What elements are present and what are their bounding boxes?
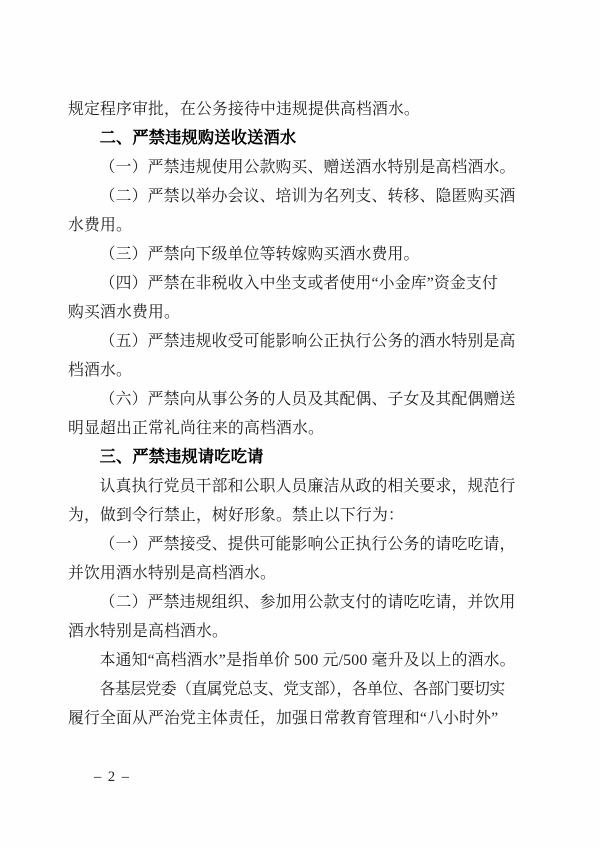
paragraph-line: （四）严禁在非税收入中坐支或者使用“小金库”资金支付 — [68, 269, 528, 298]
paragraph-line: 为，做到令行禁止，树好形象。禁止以下行为： — [68, 501, 528, 530]
paragraph-line: 规定程序审批，在公务接待中违规提供高档酒水。 — [68, 95, 528, 124]
paragraph-line: （一）严禁接受、提供可能影响公正执行公务的请吃吃请， — [68, 530, 528, 559]
paragraph-line: （五）严禁违规收受可能影响公正执行公务的酒水特别是高 — [68, 327, 528, 356]
paragraph-line: 水费用。 — [68, 211, 528, 240]
paragraph-line: 本通知“高档酒水”是指单价 500 元/500 毫升及以上的酒水。 — [68, 646, 528, 675]
paragraph-line: 并饮用酒水特别是高档酒水。 — [68, 559, 528, 588]
paragraph-line: 档酒水。 — [68, 356, 528, 385]
section-heading-2: 二、严禁违规购送收送酒水 — [68, 124, 528, 153]
paragraph-line: 各基层党委（直属党总支、党支部），各单位、各部门要切实 — [68, 675, 528, 704]
paragraph-line: （三）严禁向下级单位等转嫁购买酒水费用。 — [68, 240, 528, 269]
paragraph-line: 明显超出正常礼尚往来的高档酒水。 — [68, 414, 528, 443]
document-body: 规定程序审批，在公务接待中违规提供高档酒水。 二、严禁违规购送收送酒水 （一）严… — [68, 95, 528, 733]
paragraph-line: （一）严禁违规使用公款购买、赠送酒水特别是高档酒水。 — [68, 153, 528, 182]
paragraph-line: 认真执行党员干部和公职人员廉洁从政的相关要求，规范行 — [68, 472, 528, 501]
paragraph-line: 购买酒水费用。 — [68, 298, 528, 327]
paragraph-line: 酒水特别是高档酒水。 — [68, 617, 528, 646]
document-page: 规定程序审批，在公务接待中违规提供高档酒水。 二、严禁违规购送收送酒水 （一）严… — [0, 0, 600, 848]
paragraph-line: 履行全面从严治党主体责任，加强日常教育管理和“八小时外” — [68, 704, 528, 733]
paragraph-line: （六）严禁向从事公务的人员及其配偶、子女及其配偶赠送 — [68, 385, 528, 414]
section-heading-3: 三、严禁违规请吃吃请 — [68, 443, 528, 472]
page-number: – 2 – — [94, 769, 131, 785]
paragraph-line: （二）严禁违规组织、参加用公款支付的请吃吃请，并饮用 — [68, 588, 528, 617]
paragraph-line: （二）严禁以举办会议、培训为名列支、转移、隐匿购买酒 — [68, 182, 528, 211]
